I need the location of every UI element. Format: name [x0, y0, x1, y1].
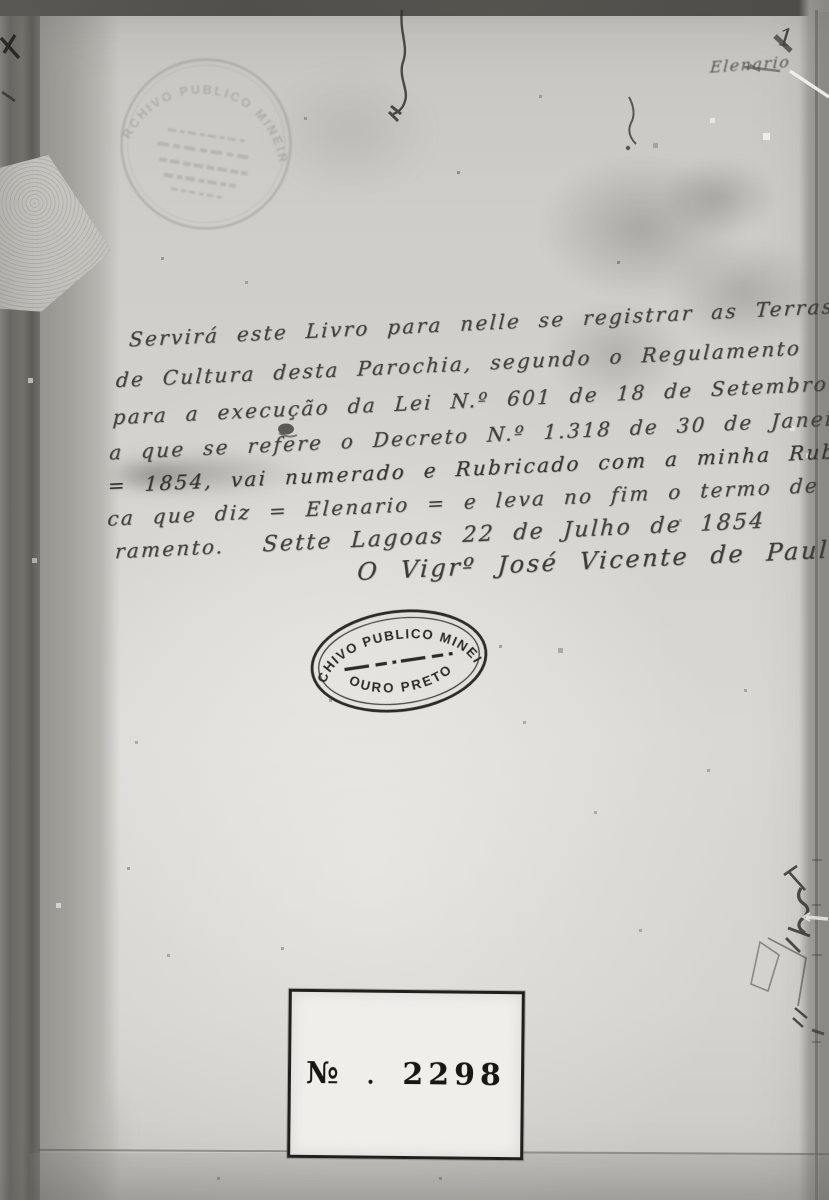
accession-number-text: № . 2298: [306, 1056, 506, 1093]
accession-number-label: № . 2298: [287, 989, 525, 1160]
handwriting-word: ramento.: [114, 534, 225, 563]
oval-stamp-center-rule: [344, 653, 454, 669]
faded-stamp-illegible-lines: [150, 126, 255, 201]
label-separator-dot: .: [367, 1064, 377, 1090]
faded-circular-stamp: ARCHIVO PUBLICO MINEIRO: [95, 33, 317, 255]
archive-oval-stamp: ARCHIVO PUBLICO MINEIRO OURO PRETO: [294, 592, 504, 729]
scanned-document-page: ARCHIVO PUBLICO MINEIRO Servirá este Liv…: [0, 0, 829, 1200]
numero-sign: №: [306, 1056, 341, 1091]
accession-number: 2298: [402, 1057, 506, 1093]
page-number: 1: [777, 23, 795, 52]
handwritten-note: Servirá este Livro para nelle se registr…: [95, 284, 829, 618]
